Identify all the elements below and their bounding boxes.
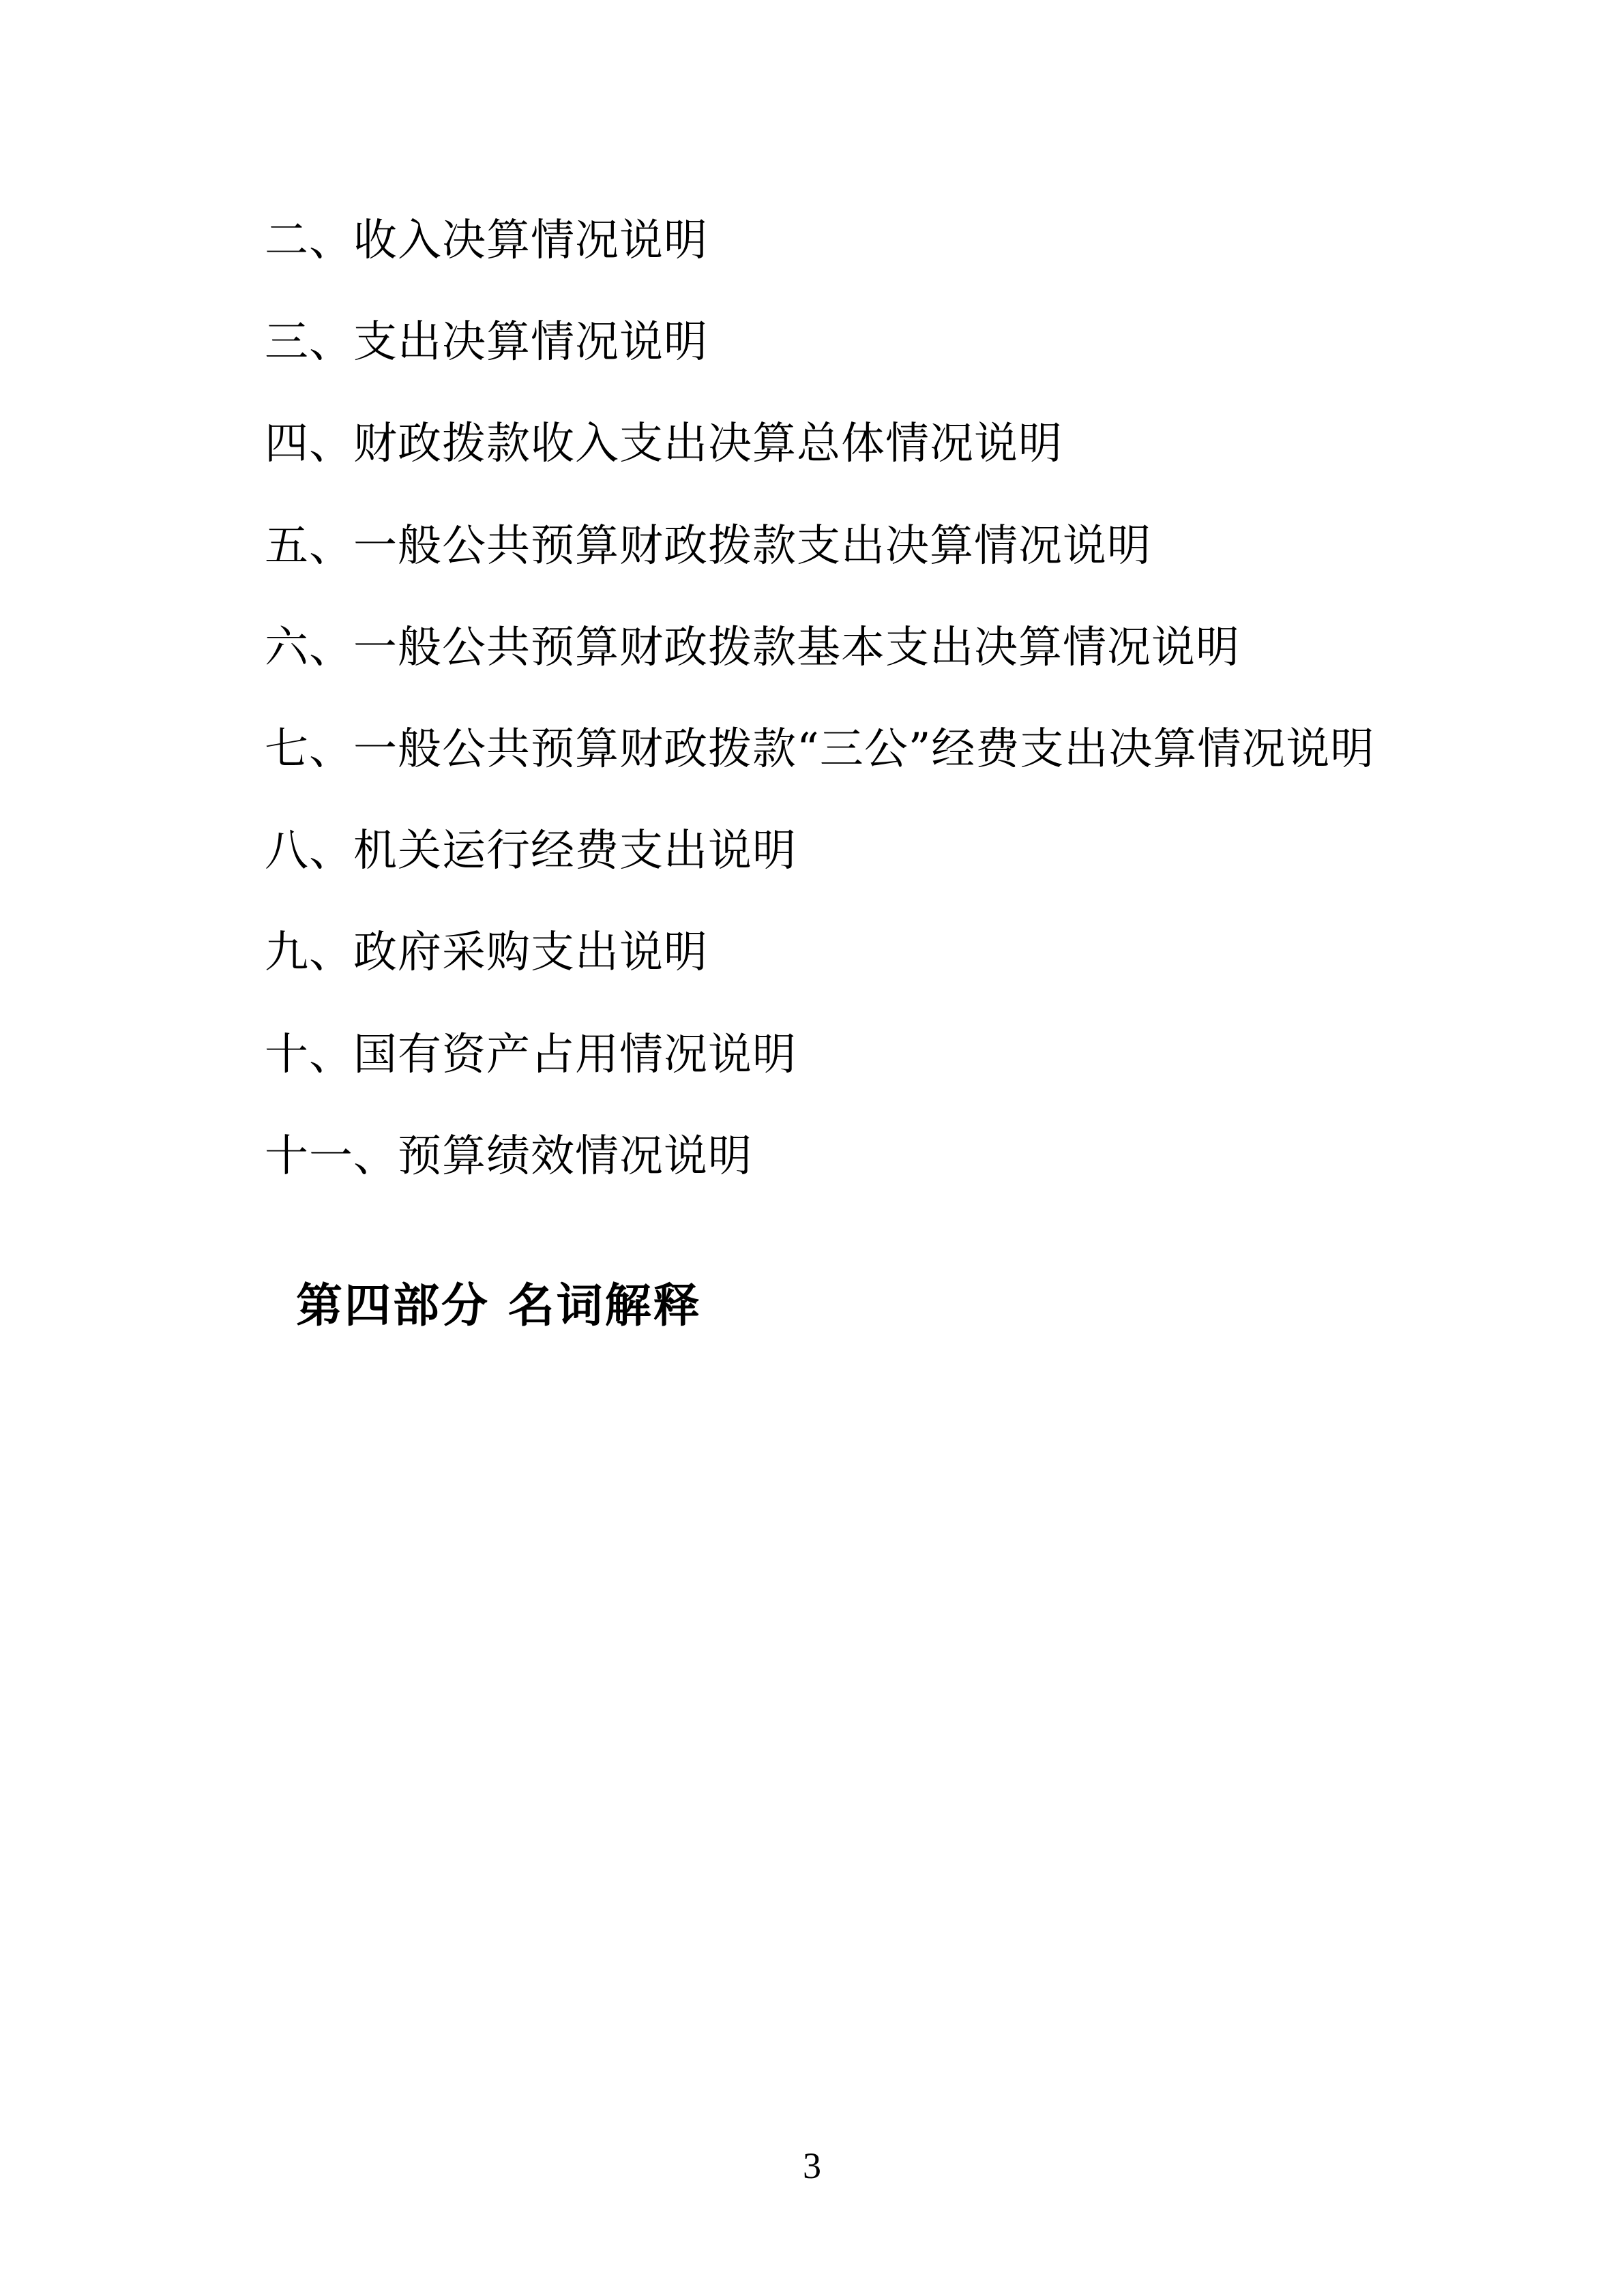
page-number: 3	[0, 2145, 1624, 2186]
toc-item-income-final-accounts: 二、收入决算情况说明	[265, 213, 708, 268]
toc-item-fiscal-appropriation-overall: 四、财政拨款收入支出决算总体情况说明	[265, 417, 1063, 471]
toc-item-expenditure-final-accounts: 三、支出决算情况说明	[265, 315, 708, 370]
toc-item-government-procurement: 九、政府采购支出说明	[265, 925, 708, 980]
document-page: 二、收入决算情况说明 三、支出决算情况说明 四、财政拨款收入支出决算总体情况说明…	[0, 0, 1624, 2296]
toc-item-three-public-expenses: 七、一般公共预算财政拨款“三公”经费支出决算情况说明	[265, 722, 1374, 777]
toc-item-budget-performance: 十一、预算绩效情况说明	[265, 1129, 752, 1184]
toc-item-general-budget-basic-expenditure: 六、一般公共预算财政拨款基本支出决算情况说明	[265, 621, 1240, 675]
toc-item-agency-operating-expenses: 八、机关运行经费支出说明	[265, 824, 797, 878]
section-heading-glossary: 第四部分 名词解释	[296, 1279, 702, 1334]
toc-item-general-budget-expenditure: 五、一般公共预算财政拨款支出决算情况说明	[265, 519, 1151, 573]
toc-item-state-assets: 十、国有资产占用情况说明	[265, 1028, 797, 1082]
